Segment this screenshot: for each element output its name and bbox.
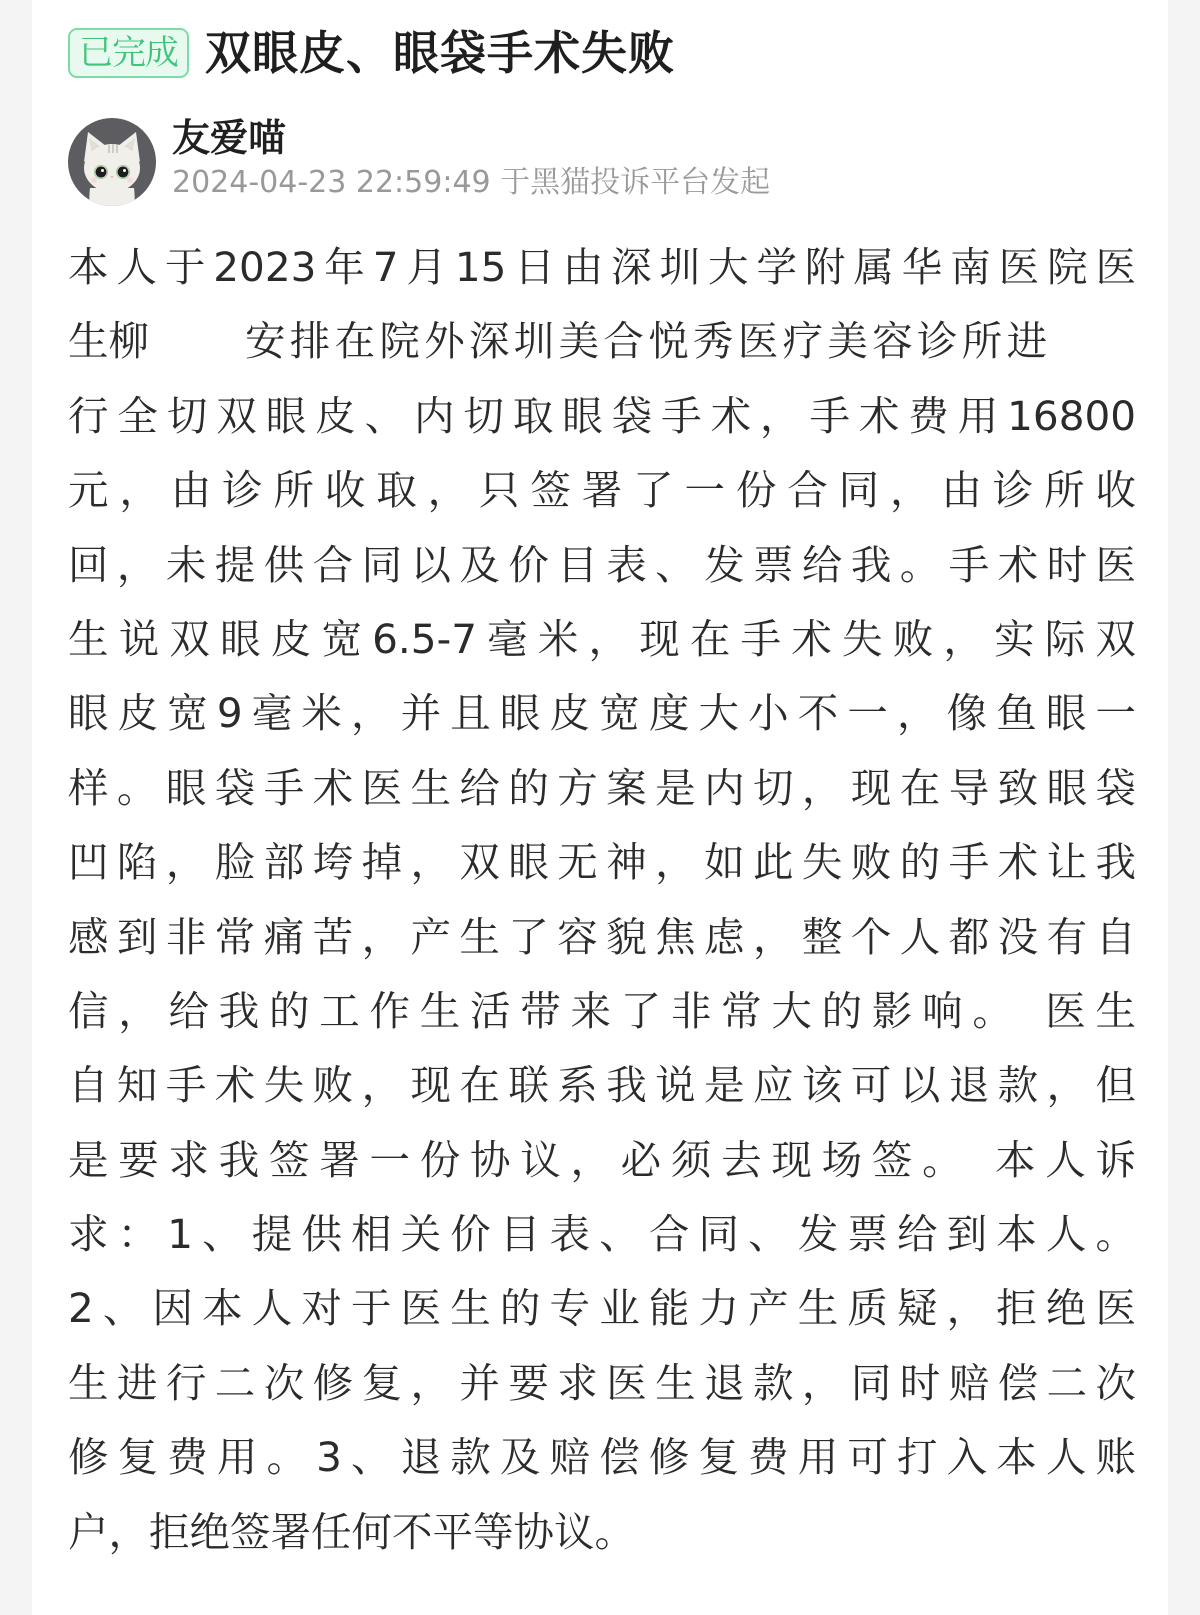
avatar[interactable] [68, 118, 156, 206]
complaint-body: 本人于2023年7月15日由深圳大学附属华南医院医 生柳安排在院外深圳美合悦秀医… [68, 230, 1136, 1569]
complaint-title: 双眼皮、眼袋手术失败 [205, 30, 675, 76]
body-line: 回，未提供合同以及价目表、发票给我。手术时医 [68, 528, 1136, 602]
body-line: 行全切双眼皮、内切取眼袋手术，手术费用16800 [68, 379, 1136, 453]
body-line: 生进行二次修复，并要求医生退款，同时赔偿二次 [68, 1346, 1136, 1420]
body-line-fragment: 安排在院外深圳美合悦秀医疗美容诊所进 [245, 317, 1051, 365]
author-row: 友爱喵 2024-04-23 22:59:49 于黑猫投诉平台发起 [68, 118, 770, 206]
complaint-card: 已完成 双眼皮、眼袋手术失败 [32, 0, 1168, 1615]
body-line: 自知手术失败，现在联系我说是应该可以退款，但 [68, 1048, 1136, 1122]
post-meta: 2024-04-23 22:59:49 于黑猫投诉平台发起 [172, 163, 770, 203]
author-name[interactable]: 友爱喵 [172, 115, 770, 161]
body-line: 生柳安排在院外深圳美合悦秀医疗美容诊所进 [68, 304, 1136, 378]
body-line: 2、因本人对于医生的专业能力产生质疑，拒绝医 [68, 1271, 1136, 1345]
body-line: 感到非常痛苦，产生了容貌焦虑，整个人都没有自 [68, 900, 1136, 974]
body-line: 凹陷，脸部垮掉，双眼无神，如此失败的手术让我 [68, 825, 1136, 899]
body-line: 信，给我的工作生活带来了非常大的影响。 医生 [68, 974, 1136, 1048]
body-line: 是要求我签署一份协议，必须去现场签。 本人诉 [68, 1123, 1136, 1197]
title-row: 已完成 双眼皮、眼袋手术失败 [68, 24, 675, 82]
body-line: 求：1、提供相关价目表、合同、发票给到本人。 [68, 1197, 1136, 1271]
body-line: 生说双眼皮宽6.5-7毫米，现在手术失败，实际双 [68, 602, 1136, 676]
cat-avatar-icon [68, 118, 156, 206]
author-meta: 友爱喵 2024-04-23 22:59:49 于黑猫投诉平台发起 [172, 121, 770, 203]
status-badge: 已完成 [68, 28, 189, 78]
body-line: 样。眼袋手术医生给的方案是内切，现在导致眼袋 [68, 751, 1136, 825]
redacted-name [149, 324, 245, 364]
body-line: 眼皮宽9毫米，并且眼皮宽度大小不一，像鱼眼一 [68, 676, 1136, 750]
body-line: 户，拒绝签署任何不平等协议。 [68, 1495, 1136, 1569]
body-line: 本人于2023年7月15日由深圳大学附属华南医院医 [68, 230, 1136, 304]
post-platform: 于黑猫投诉平台发起 [500, 165, 770, 200]
body-line-fragment: 生柳 [68, 317, 149, 365]
body-line: 修复费用。3、退款及赔偿修复费用可打入本人账 [68, 1420, 1136, 1494]
post-timestamp: 2024-04-23 22:59:49 [172, 165, 491, 200]
body-line: 元，由诊所收取，只签署了一份合同，由诊所收 [68, 453, 1136, 527]
